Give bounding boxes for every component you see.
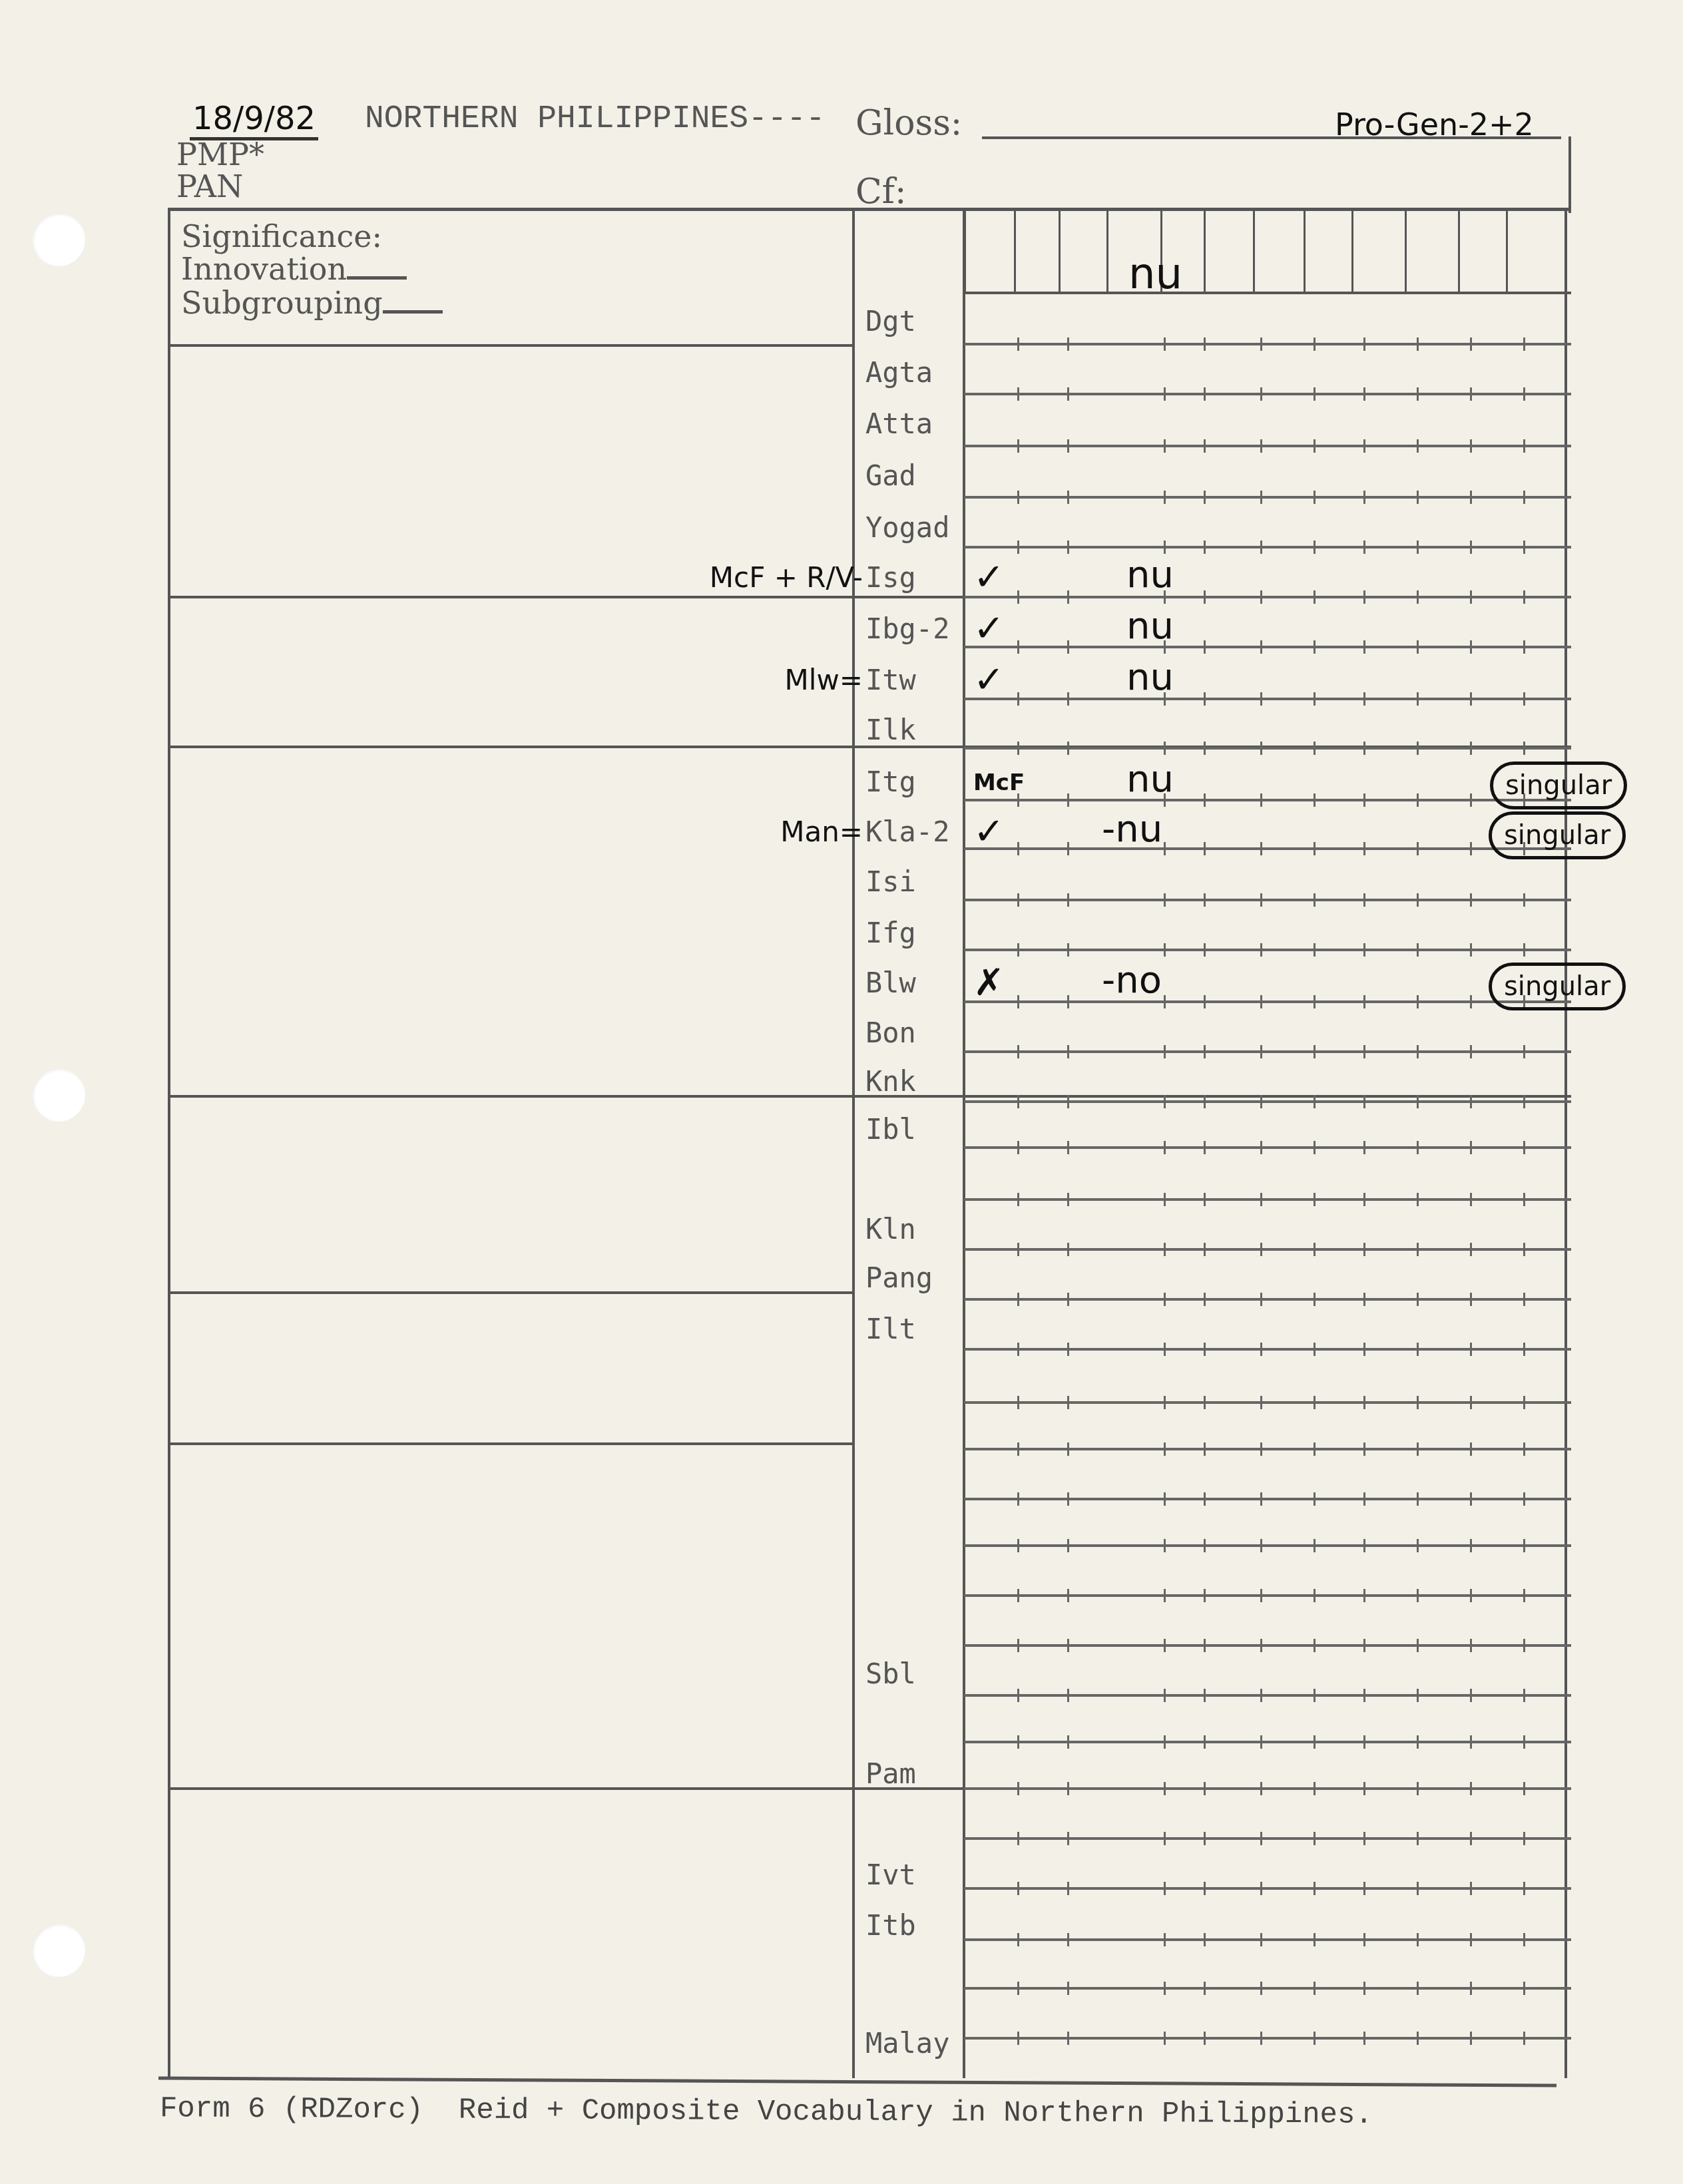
tick-mark bbox=[1417, 1045, 1419, 1058]
language-code: Dgt bbox=[865, 305, 916, 337]
tick-mark bbox=[1260, 893, 1262, 907]
tick-mark bbox=[1363, 2032, 1365, 2045]
tick-mark bbox=[1204, 1782, 1206, 1795]
tick-mark bbox=[1417, 1639, 1419, 1652]
tick-mark bbox=[1314, 1243, 1316, 1256]
tick-mark bbox=[1363, 1442, 1365, 1456]
tick-mark bbox=[1017, 387, 1019, 401]
tick-mark bbox=[1260, 1293, 1262, 1306]
grid-column-line bbox=[1106, 210, 1108, 293]
reflex-form: -nu bbox=[1102, 807, 1162, 851]
tick-mark bbox=[1523, 491, 1525, 504]
tick-mark bbox=[1017, 1639, 1019, 1652]
tick-mark bbox=[1314, 1735, 1316, 1749]
tick-mark bbox=[1260, 1782, 1262, 1795]
language-code: Sbl bbox=[865, 1657, 916, 1690]
tick-mark bbox=[1067, 1045, 1069, 1058]
tick-mark bbox=[1363, 1689, 1365, 1702]
tick-mark bbox=[1067, 541, 1069, 554]
tick-mark bbox=[1067, 1832, 1069, 1845]
ruled-line bbox=[964, 949, 1571, 951]
tick-mark bbox=[1067, 1933, 1069, 1946]
tick-mark bbox=[1363, 793, 1365, 807]
tick-mark bbox=[1314, 2032, 1316, 2045]
language-code: Gad bbox=[865, 459, 916, 492]
section-divider bbox=[168, 1787, 964, 1790]
tick-mark bbox=[1017, 1492, 1019, 1506]
tick-mark bbox=[1260, 541, 1262, 554]
grid-column-line bbox=[1253, 210, 1255, 293]
tick-mark bbox=[1363, 1193, 1365, 1206]
tick-mark bbox=[1204, 1982, 1206, 1995]
tick-mark bbox=[1164, 337, 1166, 351]
ruled-line bbox=[964, 1887, 1571, 1890]
tick-mark bbox=[1017, 439, 1019, 453]
tick-mark bbox=[1363, 1882, 1365, 1895]
ruled-line bbox=[964, 1348, 1571, 1351]
tick-mark bbox=[1314, 1639, 1316, 1652]
language-correspondence-note: Mlw= bbox=[785, 664, 863, 696]
tick-mark bbox=[1417, 1396, 1419, 1409]
ruled-line bbox=[964, 596, 1571, 598]
tick-mark bbox=[1470, 1243, 1472, 1256]
tick-mark bbox=[1067, 1141, 1069, 1154]
tick-mark bbox=[1260, 1243, 1262, 1256]
tick-mark bbox=[1204, 1243, 1206, 1256]
tick-mark bbox=[1470, 1689, 1472, 1702]
language-code: Ibg-2 bbox=[865, 612, 949, 645]
tick-mark bbox=[1260, 640, 1262, 654]
tick-mark bbox=[1017, 1982, 1019, 1995]
ruled-line bbox=[964, 1100, 1571, 1103]
tick-mark bbox=[1164, 541, 1166, 554]
tick-mark bbox=[1067, 640, 1069, 654]
tick-mark bbox=[1363, 439, 1365, 453]
tick-mark bbox=[1017, 541, 1019, 554]
tick-mark bbox=[1260, 1396, 1262, 1409]
grid-column-line bbox=[1204, 210, 1206, 293]
tick-mark bbox=[1417, 640, 1419, 654]
language-code: Bon bbox=[865, 1016, 916, 1049]
tick-mark bbox=[1017, 1293, 1019, 1306]
tick-mark bbox=[1204, 692, 1206, 706]
ruled-line bbox=[964, 1050, 1571, 1053]
ruled-line bbox=[964, 1448, 1571, 1450]
language-column-left bbox=[852, 208, 855, 2078]
tick-mark bbox=[1363, 742, 1365, 755]
tick-mark bbox=[1260, 1492, 1262, 1506]
tick-mark bbox=[1314, 439, 1316, 453]
tick-mark bbox=[1260, 1639, 1262, 1652]
tick-mark bbox=[1164, 1832, 1166, 1845]
grid-column-line bbox=[1506, 210, 1508, 293]
tick-mark bbox=[1204, 1492, 1206, 1506]
tick-mark bbox=[1204, 1343, 1206, 1356]
remark-oval: singular bbox=[1490, 762, 1627, 809]
tick-mark bbox=[1363, 1396, 1365, 1409]
reflex-form: -no bbox=[1102, 959, 1162, 1002]
tick-mark bbox=[1417, 1492, 1419, 1506]
gloss-label: Gloss: bbox=[855, 103, 962, 143]
tick-mark bbox=[1204, 1193, 1206, 1206]
tick-mark bbox=[1164, 1343, 1166, 1356]
tick-mark bbox=[1260, 1589, 1262, 1602]
tick-mark bbox=[1417, 692, 1419, 706]
ruled-line bbox=[964, 1644, 1571, 1647]
tick-mark bbox=[1204, 1933, 1206, 1946]
tick-mark bbox=[1017, 1539, 1019, 1552]
language-code: Knk bbox=[865, 1065, 916, 1098]
tick-mark bbox=[1523, 1689, 1525, 1702]
tick-mark bbox=[1363, 1782, 1365, 1795]
tick-mark bbox=[1204, 337, 1206, 351]
tick-mark bbox=[1017, 1243, 1019, 1256]
tick-mark bbox=[1067, 1689, 1069, 1702]
tick-mark bbox=[1470, 1539, 1472, 1552]
tick-mark bbox=[1363, 995, 1365, 1008]
tick-mark bbox=[1470, 1933, 1472, 1946]
tick-mark bbox=[1523, 2032, 1525, 2045]
tick-mark bbox=[1470, 893, 1472, 907]
tick-mark bbox=[1067, 1396, 1069, 1409]
tick-mark bbox=[1417, 1343, 1419, 1356]
check-mark-icon: ✗ bbox=[973, 961, 1005, 1004]
tick-mark bbox=[1314, 1882, 1316, 1895]
reflex-form: nu bbox=[1126, 758, 1174, 801]
check-mark-icon: ✓ bbox=[973, 810, 1005, 853]
language-code: Atta bbox=[865, 407, 933, 440]
tick-mark bbox=[1164, 1539, 1166, 1552]
tick-mark bbox=[1164, 1095, 1166, 1108]
ruled-line bbox=[964, 546, 1571, 548]
tick-mark bbox=[1470, 640, 1472, 654]
tick-mark bbox=[1314, 1689, 1316, 1702]
tick-mark bbox=[1417, 1982, 1419, 1995]
tick-mark bbox=[1314, 1095, 1316, 1108]
tick-mark bbox=[1260, 995, 1262, 1008]
tick-mark bbox=[1204, 491, 1206, 504]
tick-mark bbox=[1260, 943, 1262, 957]
tick-mark bbox=[1204, 1045, 1206, 1058]
pan-label: PAN bbox=[176, 168, 243, 204]
tick-mark bbox=[1204, 995, 1206, 1008]
column-grid-bottom bbox=[964, 292, 1571, 294]
tick-mark bbox=[1017, 943, 1019, 957]
region-title: NORTHERN PHILIPPINES---- bbox=[365, 101, 825, 137]
tick-mark bbox=[1164, 1882, 1166, 1895]
tick-mark bbox=[1017, 590, 1019, 604]
date: 18/9/82 bbox=[190, 100, 318, 140]
tick-mark bbox=[1260, 842, 1262, 855]
tick-mark bbox=[1204, 1293, 1206, 1306]
tick-mark bbox=[1260, 1045, 1262, 1058]
tick-mark bbox=[1470, 1832, 1472, 1845]
section-divider bbox=[168, 1442, 853, 1445]
ruled-line bbox=[964, 847, 1571, 850]
tick-mark bbox=[1017, 337, 1019, 351]
ruled-line bbox=[964, 1248, 1571, 1251]
tick-mark bbox=[1363, 491, 1365, 504]
language-code: Ifg bbox=[865, 917, 916, 949]
tick-mark bbox=[1260, 337, 1262, 351]
reflex-form: nu bbox=[1126, 656, 1174, 699]
tick-mark bbox=[1363, 1095, 1365, 1108]
tick-mark bbox=[1067, 1095, 1069, 1108]
tick-mark bbox=[1470, 1045, 1472, 1058]
tick-mark bbox=[1314, 943, 1316, 957]
punch-hole bbox=[32, 213, 85, 266]
tick-mark bbox=[1204, 742, 1206, 755]
ruled-line bbox=[964, 1837, 1571, 1840]
tick-mark bbox=[1067, 1243, 1069, 1256]
tick-mark bbox=[1164, 742, 1166, 755]
tick-mark bbox=[1363, 842, 1365, 855]
tick-mark bbox=[1470, 1589, 1472, 1602]
tick-mark bbox=[1067, 1882, 1069, 1895]
ruled-line bbox=[964, 899, 1571, 901]
tick-mark bbox=[1363, 1293, 1365, 1306]
language-code: Pam bbox=[865, 1757, 916, 1790]
tick-mark bbox=[1204, 387, 1206, 401]
tick-mark bbox=[1017, 1095, 1019, 1108]
tick-mark bbox=[1523, 1832, 1525, 1845]
tick-mark bbox=[1017, 1689, 1019, 1702]
category-label: Pro-Gen-2+2 bbox=[1335, 107, 1534, 142]
tick-mark bbox=[1314, 1539, 1316, 1552]
tick-mark bbox=[1164, 842, 1166, 855]
tick-mark bbox=[1523, 337, 1525, 351]
tick-mark bbox=[1470, 541, 1472, 554]
tick-mark bbox=[1523, 1882, 1525, 1895]
tick-mark bbox=[1314, 590, 1316, 604]
tick-mark bbox=[1523, 1782, 1525, 1795]
tick-mark bbox=[1470, 742, 1472, 755]
tick-mark bbox=[1523, 1293, 1525, 1306]
tick-mark bbox=[1204, 1095, 1206, 1108]
tick-mark bbox=[1470, 1193, 1472, 1206]
language-code: Blw bbox=[865, 967, 916, 999]
grid-column-line bbox=[1059, 210, 1061, 293]
language-code: Isg bbox=[865, 561, 916, 594]
grid-column-line bbox=[1014, 210, 1016, 293]
top-form: nu bbox=[1128, 250, 1182, 299]
tick-mark bbox=[1164, 1193, 1166, 1206]
frame-left bbox=[168, 208, 170, 2078]
tick-mark bbox=[1470, 1442, 1472, 1456]
tick-mark bbox=[1417, 793, 1419, 807]
tick-mark bbox=[1204, 590, 1206, 604]
ruled-line bbox=[964, 496, 1571, 499]
tick-mark bbox=[1314, 1396, 1316, 1409]
tick-mark bbox=[1523, 1735, 1525, 1749]
tick-mark bbox=[1017, 1933, 1019, 1946]
tick-mark bbox=[1470, 2032, 1472, 2045]
check-mark-icon: ✓ bbox=[973, 556, 1005, 599]
tick-mark bbox=[1417, 1193, 1419, 1206]
tick-mark bbox=[1523, 1639, 1525, 1652]
tick-mark bbox=[1314, 1141, 1316, 1154]
tick-mark bbox=[1314, 1589, 1316, 1602]
tick-mark bbox=[1417, 1442, 1419, 1456]
tick-mark bbox=[1017, 1589, 1019, 1602]
pmp-label: PMP* bbox=[176, 136, 264, 172]
tick-mark bbox=[1067, 337, 1069, 351]
innovation-label: Innovation bbox=[181, 251, 407, 287]
tick-mark bbox=[1067, 943, 1069, 957]
tick-mark bbox=[1164, 1982, 1166, 1995]
remark-oval: singular bbox=[1489, 811, 1626, 859]
tick-mark bbox=[1417, 1735, 1419, 1749]
tick-mark bbox=[1314, 1492, 1316, 1506]
tick-mark bbox=[1417, 742, 1419, 755]
tick-mark bbox=[1314, 1782, 1316, 1795]
tick-mark bbox=[1260, 1343, 1262, 1356]
tick-mark bbox=[1470, 1735, 1472, 1749]
tick-mark bbox=[1260, 1095, 1262, 1108]
tick-mark bbox=[1260, 1442, 1262, 1456]
grid-column-line bbox=[1405, 210, 1407, 293]
tick-mark bbox=[1523, 1442, 1525, 1456]
tick-mark bbox=[1417, 1293, 1419, 1306]
tick-mark bbox=[1204, 1832, 1206, 1845]
tick-mark bbox=[1067, 1343, 1069, 1356]
tick-mark bbox=[1260, 1141, 1262, 1154]
tick-mark bbox=[1314, 1343, 1316, 1356]
language-code: Kla-2 bbox=[865, 815, 949, 848]
tick-mark bbox=[1204, 1442, 1206, 1456]
tick-mark bbox=[1017, 842, 1019, 855]
tick-mark bbox=[1314, 387, 1316, 401]
tick-mark bbox=[1523, 1492, 1525, 1506]
reflex-form: nu bbox=[1126, 604, 1174, 648]
tick-mark bbox=[1417, 1095, 1419, 1108]
tick-mark bbox=[1363, 1343, 1365, 1356]
grid-column-line bbox=[1458, 210, 1460, 293]
tick-mark bbox=[1260, 1193, 1262, 1206]
tick-mark bbox=[1260, 1832, 1262, 1845]
ruled-line bbox=[964, 1787, 1571, 1790]
language-code: Itg bbox=[865, 765, 916, 798]
frame-right bbox=[1568, 136, 1571, 213]
language-code: Itb bbox=[865, 1909, 916, 1942]
reflex-form: nu bbox=[1126, 553, 1174, 596]
language-code: Ilk bbox=[865, 714, 916, 746]
subgrouping-text: Subgrouping bbox=[181, 285, 383, 321]
tick-mark bbox=[1363, 1589, 1365, 1602]
tick-mark bbox=[1417, 1539, 1419, 1552]
ruled-line bbox=[964, 343, 1571, 345]
tick-mark bbox=[1470, 590, 1472, 604]
tick-mark bbox=[1417, 491, 1419, 504]
tick-mark bbox=[1164, 1689, 1166, 1702]
section-divider bbox=[168, 344, 853, 347]
tick-mark bbox=[1314, 742, 1316, 755]
tick-mark bbox=[1363, 1141, 1365, 1154]
tick-mark bbox=[1067, 742, 1069, 755]
tick-mark bbox=[1314, 640, 1316, 654]
tick-mark bbox=[1314, 1193, 1316, 1206]
tick-mark bbox=[1067, 439, 1069, 453]
tick-mark bbox=[1470, 793, 1472, 807]
tick-mark bbox=[1164, 893, 1166, 907]
tick-mark bbox=[1523, 1045, 1525, 1058]
tick-mark bbox=[1314, 1933, 1316, 1946]
tick-mark bbox=[1164, 943, 1166, 957]
tick-mark bbox=[1314, 1045, 1316, 1058]
tick-mark bbox=[1417, 387, 1419, 401]
tick-mark bbox=[1314, 541, 1316, 554]
check-mark-icon: ✓ bbox=[973, 607, 1005, 650]
tick-mark bbox=[1067, 1193, 1069, 1206]
tick-mark bbox=[1470, 1343, 1472, 1356]
tick-mark bbox=[1363, 893, 1365, 907]
tick-mark bbox=[1470, 1639, 1472, 1652]
tick-mark bbox=[1067, 1639, 1069, 1652]
tick-mark bbox=[1164, 1442, 1166, 1456]
ruled-line bbox=[964, 393, 1571, 395]
tick-mark bbox=[1470, 1396, 1472, 1409]
remark-oval: singular bbox=[1489, 963, 1626, 1010]
tick-mark bbox=[1523, 692, 1525, 706]
tick-mark bbox=[1417, 1882, 1419, 1895]
tick-mark bbox=[1067, 692, 1069, 706]
tick-mark bbox=[1314, 1832, 1316, 1845]
section-divider bbox=[168, 1291, 853, 1294]
tick-mark bbox=[1164, 1243, 1166, 1256]
ruled-line bbox=[964, 1594, 1571, 1597]
language-code: Pang bbox=[865, 1261, 933, 1294]
tick-mark bbox=[1204, 1689, 1206, 1702]
tick-mark bbox=[1363, 692, 1365, 706]
tick-mark bbox=[1067, 793, 1069, 807]
tick-mark bbox=[1314, 995, 1316, 1008]
tick-mark bbox=[1523, 1982, 1525, 1995]
tick-mark bbox=[1164, 1933, 1166, 1946]
tick-mark bbox=[1470, 943, 1472, 957]
tick-mark bbox=[1314, 1293, 1316, 1306]
tick-mark bbox=[1417, 995, 1419, 1008]
tick-mark bbox=[1164, 1639, 1166, 1652]
tick-mark bbox=[1417, 842, 1419, 855]
language-code: Ivt bbox=[865, 1858, 916, 1891]
tick-mark bbox=[1017, 893, 1019, 907]
tick-mark bbox=[1523, 387, 1525, 401]
tick-mark bbox=[1363, 1832, 1365, 1845]
tick-mark bbox=[1204, 893, 1206, 907]
language-correspondence-note: Man= bbox=[780, 815, 863, 848]
tick-mark bbox=[1164, 1141, 1166, 1154]
tick-mark bbox=[1260, 439, 1262, 453]
ruled-line bbox=[964, 1741, 1571, 1743]
tick-mark bbox=[1470, 1141, 1472, 1154]
tick-mark bbox=[1470, 1492, 1472, 1506]
ruled-line bbox=[964, 1544, 1571, 1547]
ruled-line bbox=[964, 747, 1571, 750]
ruled-line bbox=[964, 646, 1571, 648]
language-code: Kln bbox=[865, 1213, 916, 1245]
tick-mark bbox=[1470, 439, 1472, 453]
tick-mark bbox=[1164, 387, 1166, 401]
tick-mark bbox=[1260, 742, 1262, 755]
tick-mark bbox=[1523, 893, 1525, 907]
ruled-line bbox=[964, 1938, 1571, 1941]
frame-bottom bbox=[158, 2077, 1557, 2087]
tick-mark bbox=[1204, 842, 1206, 855]
tick-mark bbox=[1417, 2032, 1419, 2045]
tick-mark bbox=[1470, 387, 1472, 401]
tick-mark bbox=[1067, 590, 1069, 604]
tick-mark bbox=[1417, 1782, 1419, 1795]
